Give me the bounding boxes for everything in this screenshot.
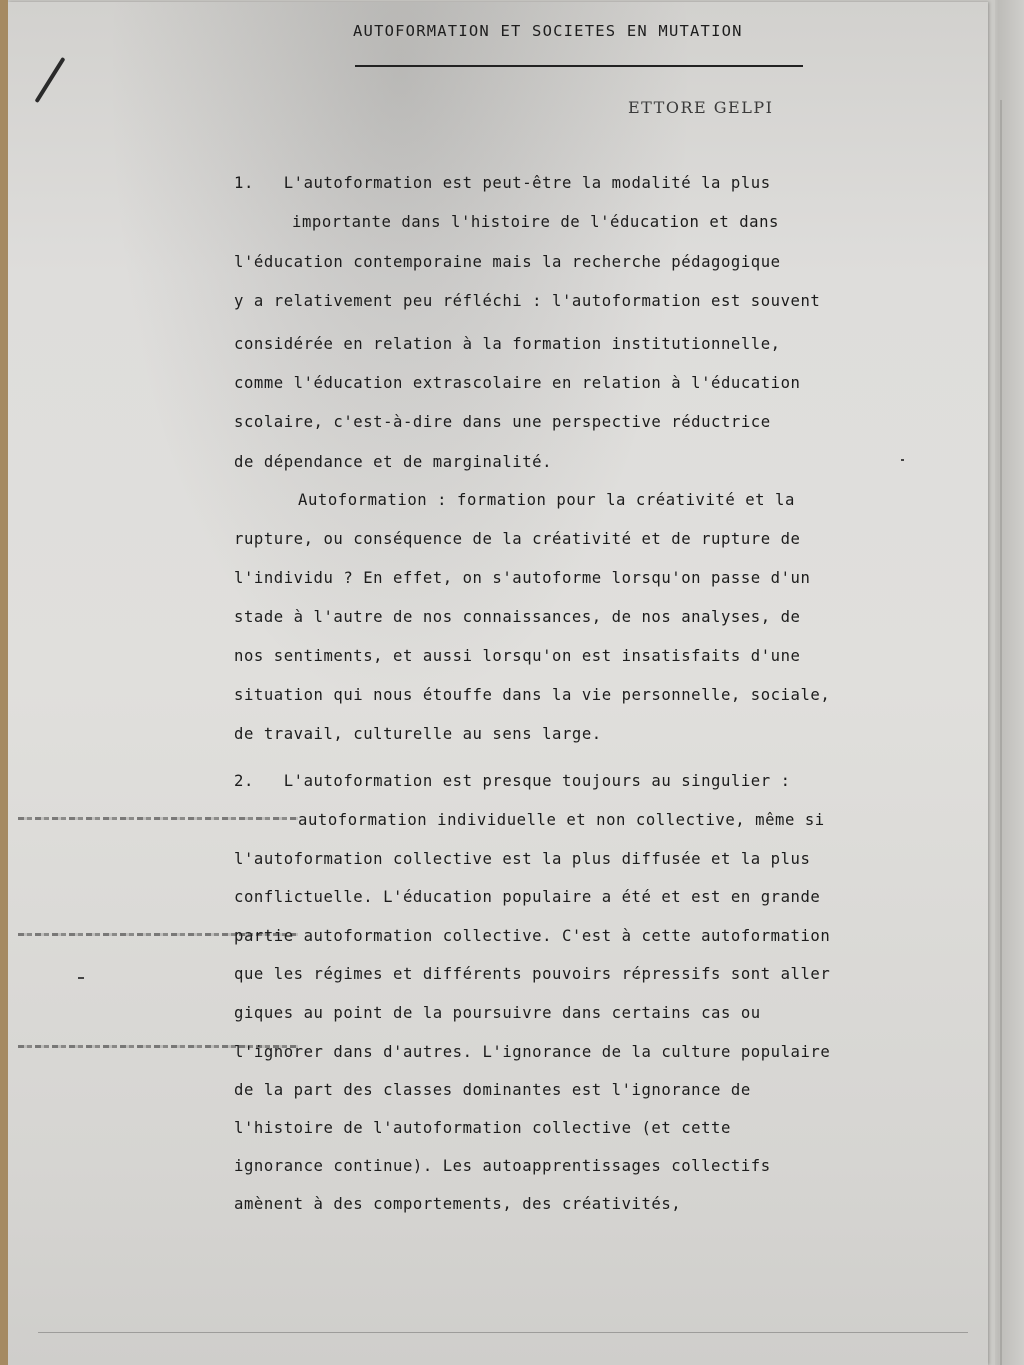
text-line: amènent à des comportements, des créativ… [234,1195,681,1213]
text-line: considérée en relation à la formation in… [234,335,781,353]
text-line: y a relativement peu réfléchi : l'autofo… [234,292,820,310]
text-line: importante dans l'histoire de l'éducatio… [292,213,779,231]
text-line: l'ignorer dans d'autres. L'ignorance de … [234,1043,830,1061]
text-line: ignorance continue). Les autoapprentissa… [234,1157,771,1175]
text-line: 2. L'autoformation est presque toujours … [234,772,791,790]
text-line: stade à l'autre de nos connaissances, de… [234,608,800,626]
background-sheet-edge [1000,100,1002,1365]
text-line: l'autoformation collective est la plus d… [234,850,810,868]
staple-icon [35,57,66,103]
document-title: AUTOFORMATION ET SOCIETES EN MUTATION [353,22,743,40]
text-line: comme l'éducation extrascolaire en relat… [234,374,800,392]
text-line: nos sentiments, et aussi lorsqu'on est i… [234,647,800,665]
title-underline [355,65,803,67]
speck [901,459,904,461]
text-line: partie autoformation collective. C'est à… [234,927,830,945]
text-line: autoformation individuelle et non collec… [298,811,825,829]
text-line: conflictuelle. L'éducation populaire a é… [234,888,820,906]
text-line: Autoformation : formation pour la créati… [298,491,795,509]
text-line: rupture, ou conséquence de la créativité… [234,530,800,548]
speck [78,977,84,979]
desk-surface [0,0,8,1365]
text-line: situation qui nous étouffe dans la vie p… [234,686,830,704]
text-line: giques au point de la poursuivre dans ce… [234,1004,761,1022]
document-page: AUTOFORMATION ET SOCIETES EN MUTATION ET… [8,2,988,1365]
text-line: l'histoire de l'autoformation collective… [234,1119,731,1137]
text-line: que les régimes et différents pouvoirs r… [234,965,830,983]
text-line: scolaire, c'est-à-dire dans une perspect… [234,413,771,431]
text-line: de travail, culturelle au sens large. [234,725,602,743]
text-line: de dépendance et de marginalité. [234,453,552,471]
text-line: de la part des classes dominantes est l'… [234,1081,751,1099]
text-line: l'individu ? En effet, on s'autoforme lo… [234,569,810,587]
ghost-typing-line [18,817,298,820]
text-line: l'éducation contemporaine mais la recher… [234,253,781,271]
page-bottom-edge [38,1332,968,1333]
document-author: ETTORE GELPI [628,98,773,117]
text-line: 1. L'autoformation est peut-être la moda… [234,174,771,192]
